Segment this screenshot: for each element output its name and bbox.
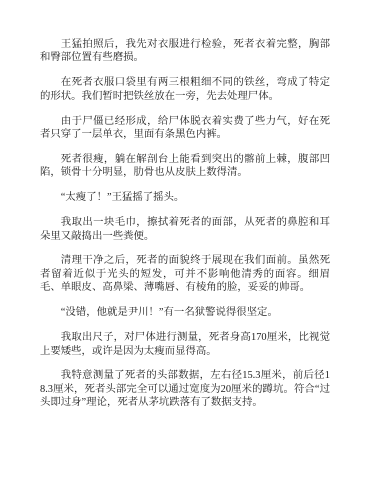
paragraph: 由于尸僵已经形成，给尸体脱衣着实费了些力气，好在死者只穿了一层单衣，里面有条黑色… (40, 115, 330, 142)
paragraph: 我特意测量了死者的头部数据，左右径15.3厘米，前后径18.3厘米，死者头部完全… (40, 369, 330, 409)
reader-page: 王猛拍照后，我先对衣服进行检验，死者衣着完整，胸部和臀部位置有些磨损。 在死者衣… (0, 0, 370, 480)
paragraph: 王猛拍照后，我先对衣服进行检验，死者衣着完整，胸部和臀部位置有些磨损。 (40, 38, 330, 65)
paragraph: 在死者衣服口袋里有两三根粗细不同的铁丝，弯成了特定的形状。我们暂时把铁丝放在一旁… (40, 76, 330, 103)
paragraph: 我取出一块毛巾，擦拭着死者的面部，从死者的鼻腔和耳朵里又敲捣出一些粪便。 (40, 216, 330, 243)
paragraph: “没错，他就是尹川！”有一名狱警说得很坚定。 (40, 306, 330, 319)
paragraph: 我取出尺子，对尸体进行测量，死者身高170厘米，比视觉上要矮些，或许是因为太瘦而… (40, 331, 330, 358)
paragraph: 清理干净之后，死者的面貌终于展现在我们面前。虽然死者留着近似于光头的短发，可并不… (40, 254, 330, 294)
paragraph: 死者很瘦，躺在解剖台上能看到突出的髂前上棘，腹部凹陷，锁骨十分明显，肋骨也从皮肤… (40, 153, 330, 180)
paragraph: “太瘦了！”王猛摇了摇头。 (40, 191, 330, 204)
